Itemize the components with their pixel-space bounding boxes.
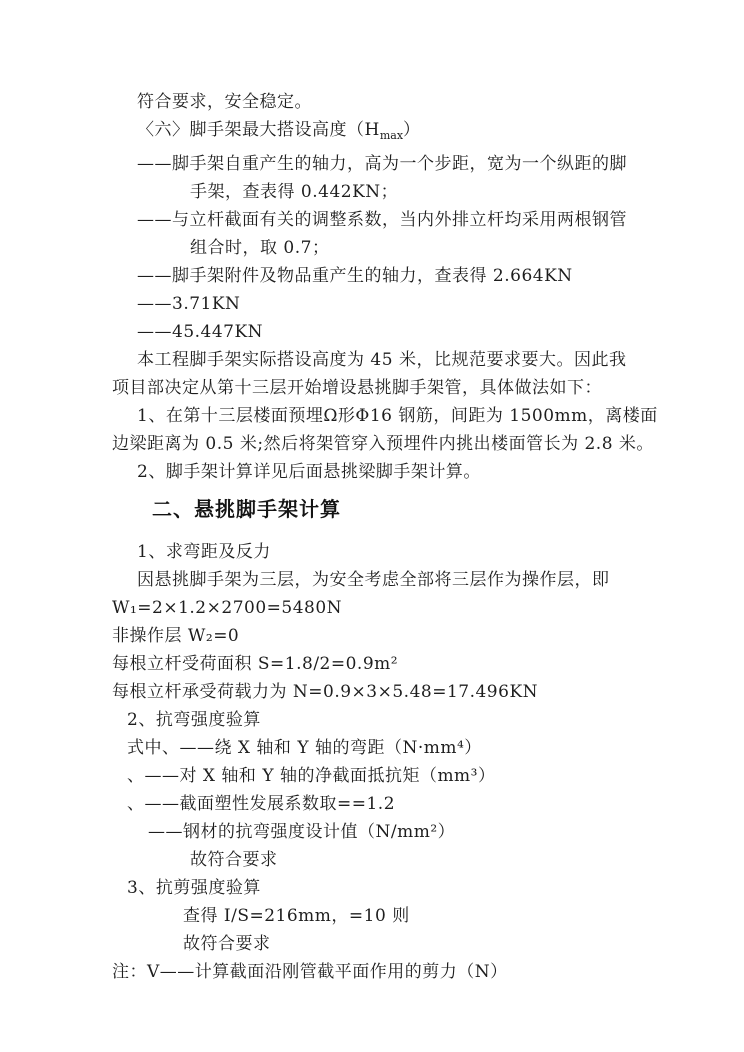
hmax-subscript: max <box>380 129 403 142</box>
doc-line: 式中、——绕 X 轴和 Y 轴的弯距（N·mm⁴） <box>112 734 636 762</box>
doc-line: ——与立杆截面有关的调整系数，当内外排立杆均采用两根钢管 <box>112 206 636 234</box>
doc-line: 边梁距离为 0.5 米;然后将架管穿入预埋件内挑出楼面管长为 2.8 米。 <box>112 430 636 458</box>
doc-formula-line: 每根立杆受荷面积 S=1.8/2=0.9m² <box>112 650 636 678</box>
doc-line: 故符合要求 <box>112 930 636 958</box>
doc-line: 1、在第十三层楼面预埋Ω形Φ16 钢筋，间距为 1500mm，离楼面 <box>112 402 636 430</box>
doc-line: 2、抗弯强度验算 <box>112 706 636 734</box>
hmax-pre: 〈六〉脚手架最大搭设高度（H <box>137 120 380 140</box>
hmax-post: ） <box>403 120 421 140</box>
doc-line: 2、脚手架计算详见后面悬挑梁脚手架计算。 <box>112 458 636 486</box>
doc-line: 、——对 X 轴和 Y 轴的净截面抵抗矩（mm³） <box>112 762 636 790</box>
document-page: 符合要求，安全稳定。 〈六〉脚手架最大搭设高度（Hmax） ——脚手架自重产生的… <box>0 0 744 1052</box>
doc-line: 本工程脚手架实际搭设高度为 45 米，比规范要求要大。因此我 <box>112 346 636 374</box>
section-heading: 二、悬挑脚手架计算 <box>152 494 636 524</box>
doc-note-line: 注：V——计算截面沿刚管截平面作用的剪力（N） <box>112 958 636 986</box>
document-content: 符合要求，安全稳定。 〈六〉脚手架最大搭设高度（Hmax） ——脚手架自重产生的… <box>112 88 636 986</box>
doc-formula-line: 非操作层 W₂=0 <box>112 622 636 650</box>
doc-line: 3、抗剪强度验算 <box>112 874 636 902</box>
doc-formula-line: W₁=2×1.2×2700=5480N <box>112 594 636 622</box>
doc-line: 符合要求，安全稳定。 <box>112 88 636 116</box>
doc-line: 1、求弯距及反力 <box>112 538 636 566</box>
doc-line: 组合时，取 0.7； <box>112 234 636 262</box>
doc-line: ——45.447KN <box>112 318 636 346</box>
doc-line: ——3.71KN <box>112 290 636 318</box>
doc-line: 、——截面塑性发展系数取==1.2 <box>112 790 636 818</box>
doc-line: ——脚手架自重产生的轴力，高为一个步距，宽为一个纵距的脚 <box>112 150 636 178</box>
doc-line: ——钢材的抗弯强度设计值（N/mm²） <box>112 818 636 846</box>
doc-formula-line: 每根立杆承受荷载力为 N=0.9×3×5.48=17.496KN <box>112 678 636 706</box>
doc-line: 手架，查表得 0.442KN； <box>112 178 636 206</box>
doc-line-hmax: 〈六〉脚手架最大搭设高度（Hmax） <box>112 116 636 150</box>
doc-line: 项目部决定从第十三层开始增设悬挑脚手架管，具体做法如下： <box>112 374 636 402</box>
doc-line: 因悬挑脚手架为三层，为安全考虑全部将三层作为操作层，即 <box>112 566 636 594</box>
doc-line: ——脚手架附件及物品重产生的轴力，查表得 2.664KN <box>112 262 636 290</box>
doc-line: 故符合要求 <box>112 846 636 874</box>
doc-line: 查得 I/S=216mm，=10 则 <box>112 902 636 930</box>
